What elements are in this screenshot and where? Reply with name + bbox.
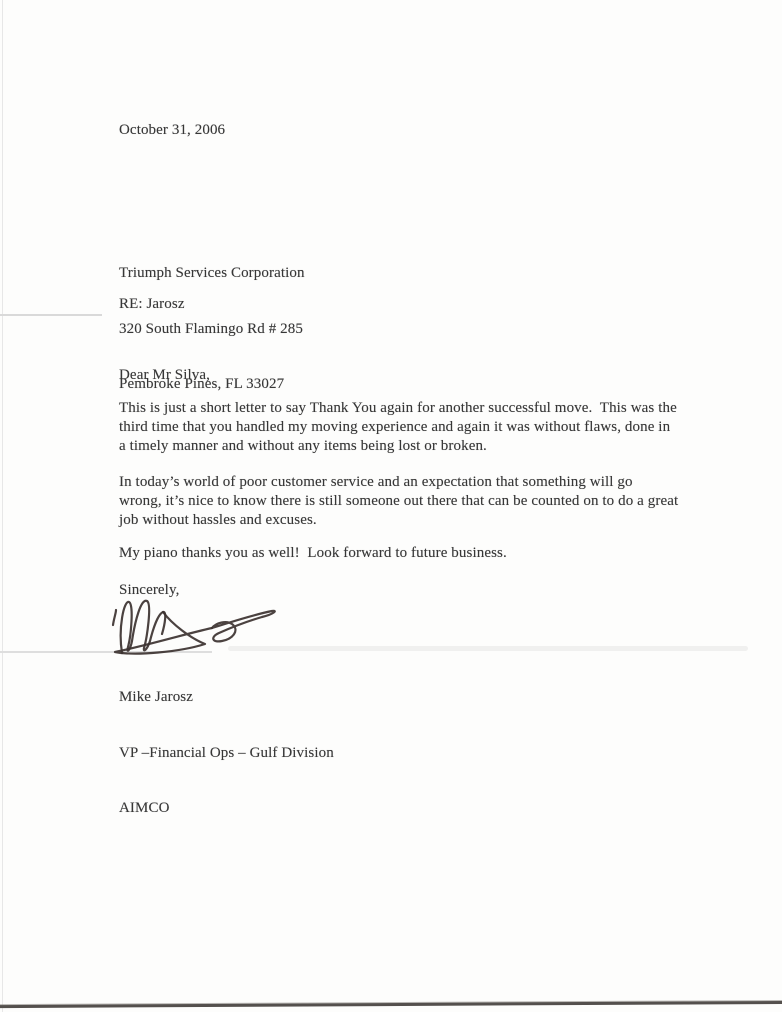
recipient-street: 320 South Flamingo Rd # 285: [119, 320, 305, 339]
scan-edge-artifact-bottom: [0, 1001, 782, 1008]
scanned-letter-page: October 31, 2006 Triumph Services Corpor…: [0, 0, 782, 1012]
recipient-name: Triumph Services Corporation: [119, 264, 305, 283]
body-paragraph-2: In today’s world of poor customer servic…: [119, 473, 679, 530]
signer-title: VP –Financial Ops – Gulf Division: [119, 744, 334, 763]
letter-date: October 31, 2006: [119, 121, 225, 140]
signature-block: Mike Jarosz VP –Financial Ops – Gulf Div…: [119, 651, 334, 855]
signer-name: Mike Jarosz: [119, 688, 334, 707]
body-paragraph-3: My piano thanks you as well! Look forwar…: [119, 544, 679, 563]
paper-crease-artifact-upper: [0, 314, 102, 316]
signature-handwriting-icon: [100, 586, 285, 660]
salutation: Dear Mr Silva,: [119, 366, 210, 385]
signer-company: AIMCO: [119, 799, 334, 818]
body-paragraph-1: This is just a short letter to say Thank…: [119, 399, 679, 456]
reference-line: RE: Jarosz: [119, 295, 185, 314]
scan-edge-artifact-left: [2, 0, 3, 1012]
